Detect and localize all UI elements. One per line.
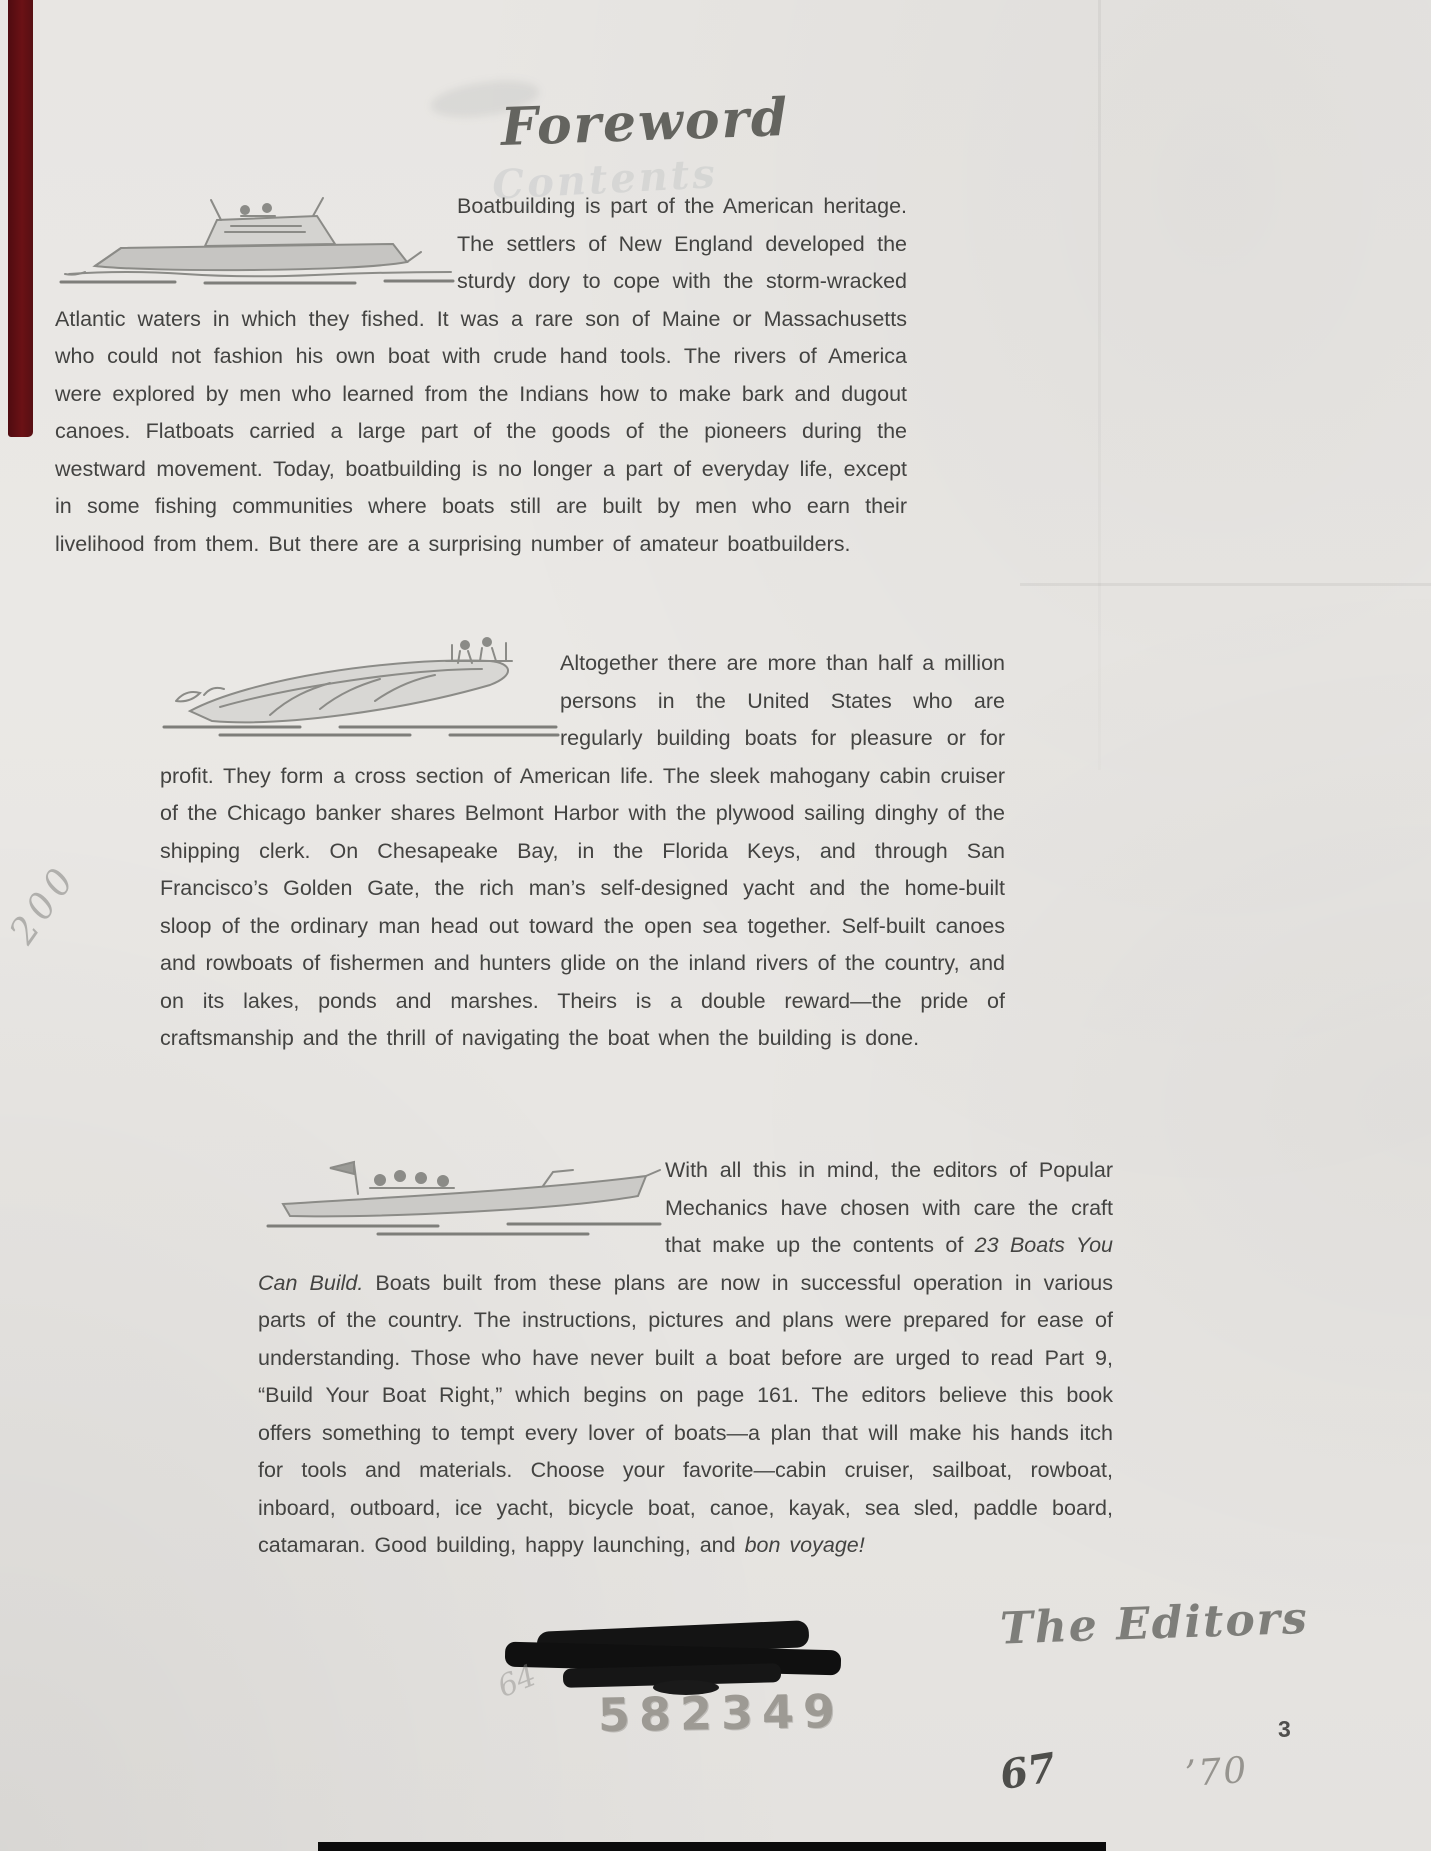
editors-signature: The Editors: [999, 1592, 1321, 1654]
speedboat-illustration-icon: [258, 1142, 665, 1255]
beached-dinghy-illustration-icon: [160, 631, 560, 744]
page-number: 3: [1278, 1716, 1291, 1743]
handwritten-year-mark: ’70: [1184, 1750, 1250, 1795]
paragraph-section-2: Altogether there are more than half a mi…: [160, 645, 1005, 1058]
beached-dinghy-drawing: [160, 631, 560, 744]
scan-edge-black-bar: [318, 1842, 1106, 1851]
paper-crease-vertical: [1098, 0, 1101, 770]
cabin-cruiser-drawing: [55, 182, 457, 295]
handwritten-mark: 67: [997, 1744, 1059, 1799]
scanned-book-page: Foreword Contents Boatbu: [0, 0, 1431, 1851]
paper-crease-horizontal: [1020, 583, 1431, 586]
paragraph-3-segment: Boats built from these plans are now in …: [258, 1271, 1113, 1558]
speedboat-drawing: [258, 1142, 665, 1255]
accession-number-stamp: 582349: [598, 1684, 845, 1742]
spine-red-stripe: [8, 0, 33, 437]
handwritten-margin-number: 200: [2, 857, 85, 952]
paragraph-section-3: With all this in mind, the editors of Po…: [258, 1152, 1113, 1565]
bon-voyage-italic: bon voyage!: [745, 1533, 865, 1557]
paragraph-section-1: Boatbuilding is part of the American her…: [55, 188, 907, 563]
page-title: Foreword: [454, 85, 836, 159]
cabin-cruiser-illustration-icon: [55, 182, 457, 295]
